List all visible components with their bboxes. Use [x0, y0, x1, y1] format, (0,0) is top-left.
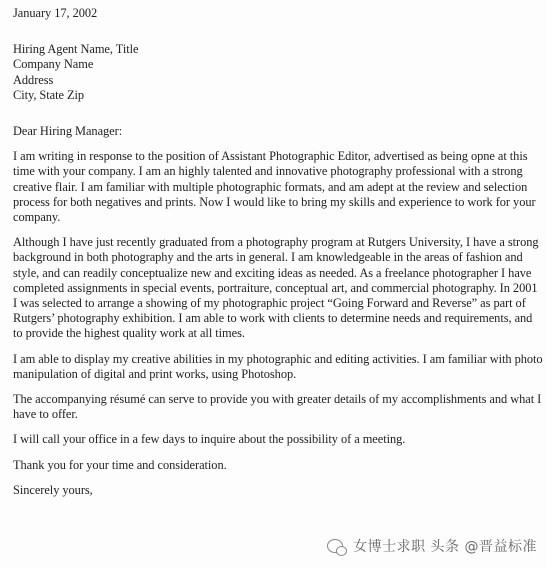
letter-date: January 17, 2002 [13, 6, 543, 21]
wechat-icon [327, 539, 343, 553]
body-paragraph: I am able to display my creative abiliti… [13, 352, 543, 382]
body-paragraph: The accompanying résumé can serve to pro… [13, 392, 543, 422]
watermark: 女博士求职 头条 @晋益标准 [327, 536, 537, 556]
recipient-address-block: Hiring Agent Name, Title Company Name Ad… [13, 42, 543, 103]
recipient-company: Company Name [13, 57, 543, 72]
recipient-city-state-zip: City, State Zip [13, 88, 543, 103]
closing: Sincerely yours, [13, 483, 543, 498]
body-paragraph: I will call your office in a few days to… [13, 432, 543, 447]
letter-page: January 17, 2002 Hiring Agent Name, Titl… [13, 6, 543, 498]
recipient-name-title: Hiring Agent Name, Title [13, 42, 543, 57]
watermark-text: 女博士求职 头条 @晋益标准 [353, 536, 537, 556]
salutation: Dear Hiring Manager: [13, 124, 543, 139]
body-paragraph: Although I have just recently graduated … [13, 235, 543, 341]
body-paragraph: I am writing in response to the position… [13, 149, 543, 225]
body-paragraph: Thank you for your time and consideratio… [13, 458, 543, 473]
recipient-address: Address [13, 73, 543, 88]
